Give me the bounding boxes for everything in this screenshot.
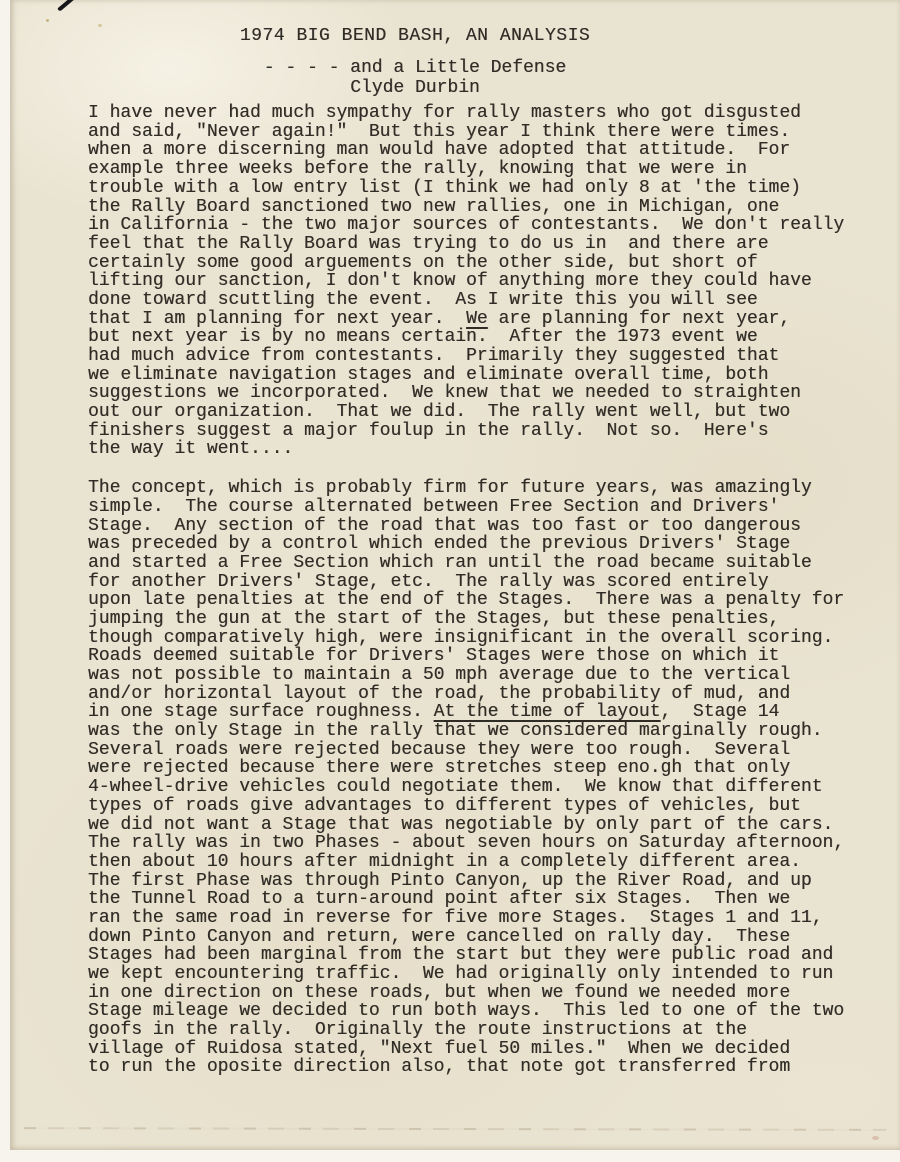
document-line: example three weeks before the rally, kn…: [88, 160, 844, 179]
document-line: 4-wheel-drive vehicles could negotiate t…: [88, 778, 844, 797]
document-line: we kept encountering traffic. We had ori…: [88, 965, 844, 984]
paper-speck: [872, 1136, 879, 1140]
document-line: certainly some good arguements on the ot…: [88, 254, 844, 273]
document-line: that I am planning for next year. We are…: [88, 310, 844, 329]
document-line: upon late penalties at the end of the St…: [88, 591, 844, 610]
document-line: the way it went....: [88, 440, 844, 459]
document-line: was not possible to maintain a 50 mph av…: [88, 666, 844, 685]
document-line: types of roads give advantages to differ…: [88, 797, 844, 816]
document-line: The first Phase was through Pinto Canyon…: [88, 872, 844, 891]
document-line: though comparatively high, were insignif…: [88, 629, 844, 648]
document-line: was preceded by a control which ended th…: [88, 535, 844, 554]
document-line: Stage. Any section of the road that was …: [88, 517, 844, 536]
document-line: was the only Stage in the rally that we …: [88, 722, 844, 741]
document-line: we did not want a Stage that was negotia…: [88, 816, 844, 835]
document-line: done toward scuttling the event. As I wr…: [88, 291, 844, 310]
document-line: Several roads were rejected because they…: [88, 741, 844, 760]
document-line: we eliminate navigation stages and elimi…: [88, 366, 844, 385]
document-line: simple. The course alternated between Fr…: [88, 498, 844, 517]
document-line: then about 10 hours after midnight in a …: [88, 853, 844, 872]
document-line: but next year is by no means certain. Af…: [88, 328, 844, 347]
document-line: and/or horizontal layout of the road, th…: [88, 685, 844, 704]
document-line: The rally was in two Phases - about seve…: [88, 834, 844, 853]
document-line: Stage mileage we decided to run both way…: [88, 1002, 844, 1021]
document-line: feel that the Rally Board was trying to …: [88, 235, 844, 254]
document-header: 1974 BIG BEND BASH, AN ANALYSIS - - - - …: [88, 27, 742, 98]
document-line: down Pinto Canyon and return, were cance…: [88, 928, 844, 947]
document-line: in one direction on these roads, but whe…: [88, 984, 844, 1003]
document-line: finishers suggest a major foulup in the …: [88, 422, 844, 441]
pen-mark: [57, 0, 89, 12]
document-line: lifting our sanction, I don't know of an…: [88, 272, 844, 291]
document-line: and started a Free Section which ran unt…: [88, 554, 844, 573]
paper-speck: [46, 19, 49, 22]
document-line: to run the oposite direction also, that …: [88, 1058, 844, 1077]
underlined-text: We: [466, 309, 488, 329]
document-line: for another Drivers' Stage, etc. The ral…: [88, 573, 844, 592]
document-line: the Rally Board sanctioned two new ralli…: [88, 198, 844, 217]
document-line: were rejected because there were stretch…: [88, 759, 844, 778]
document-line: jumping the gun at the start of the Stag…: [88, 610, 844, 629]
document-line: had much advice from contestants. Primar…: [88, 347, 844, 366]
underlined-text: At the time of layout: [434, 702, 661, 722]
document-line: Roads deemed suitable for Drivers' Stage…: [88, 647, 844, 666]
document-line: in one stage surface roughness. At the t…: [88, 703, 844, 722]
document-text: 1974 BIG BEND BASH, AN ANALYSIS - - - - …: [88, 27, 844, 1077]
document-line: I have never had much sympathy for rally…: [88, 104, 844, 123]
document-body: I have never had much sympathy for rally…: [88, 104, 844, 1077]
paragraph: I have never had much sympathy for rally…: [88, 104, 844, 459]
document-line: ran the same road in reverse for five mo…: [88, 909, 844, 928]
paper-crease: [24, 1127, 886, 1131]
document-line: the Tunnel Road to a turn-around point a…: [88, 890, 844, 909]
document-line: out our organization. That we did. The r…: [88, 403, 844, 422]
document-line: in California - the two major sources of…: [88, 216, 844, 235]
document-line: The concept, which is probably firm for …: [88, 479, 844, 498]
document-author: Clyde Durbin: [88, 79, 742, 98]
document-title: 1974 BIG BEND BASH, AN ANALYSIS: [88, 27, 742, 46]
document-line: and said, "Never again!" But this year I…: [88, 123, 844, 142]
document-line: trouble with a low entry list (I think w…: [88, 179, 844, 198]
document-subtitle: - - - - and a Little Defense: [88, 59, 742, 78]
document-line: goofs in the rally. Originally the route…: [88, 1021, 844, 1040]
scanned-page: 1974 BIG BEND BASH, AN ANALYSIS - - - - …: [10, 0, 900, 1150]
document-line: suggestions we incorporated. We knew tha…: [88, 384, 844, 403]
paragraph: The concept, which is probably firm for …: [88, 479, 844, 1077]
document-line: when a more discerning man would have ad…: [88, 141, 844, 160]
document-line: village of Ruidosa stated, "Next fuel 50…: [88, 1040, 844, 1059]
document-line: Stages had been marginal from the start …: [88, 946, 844, 965]
